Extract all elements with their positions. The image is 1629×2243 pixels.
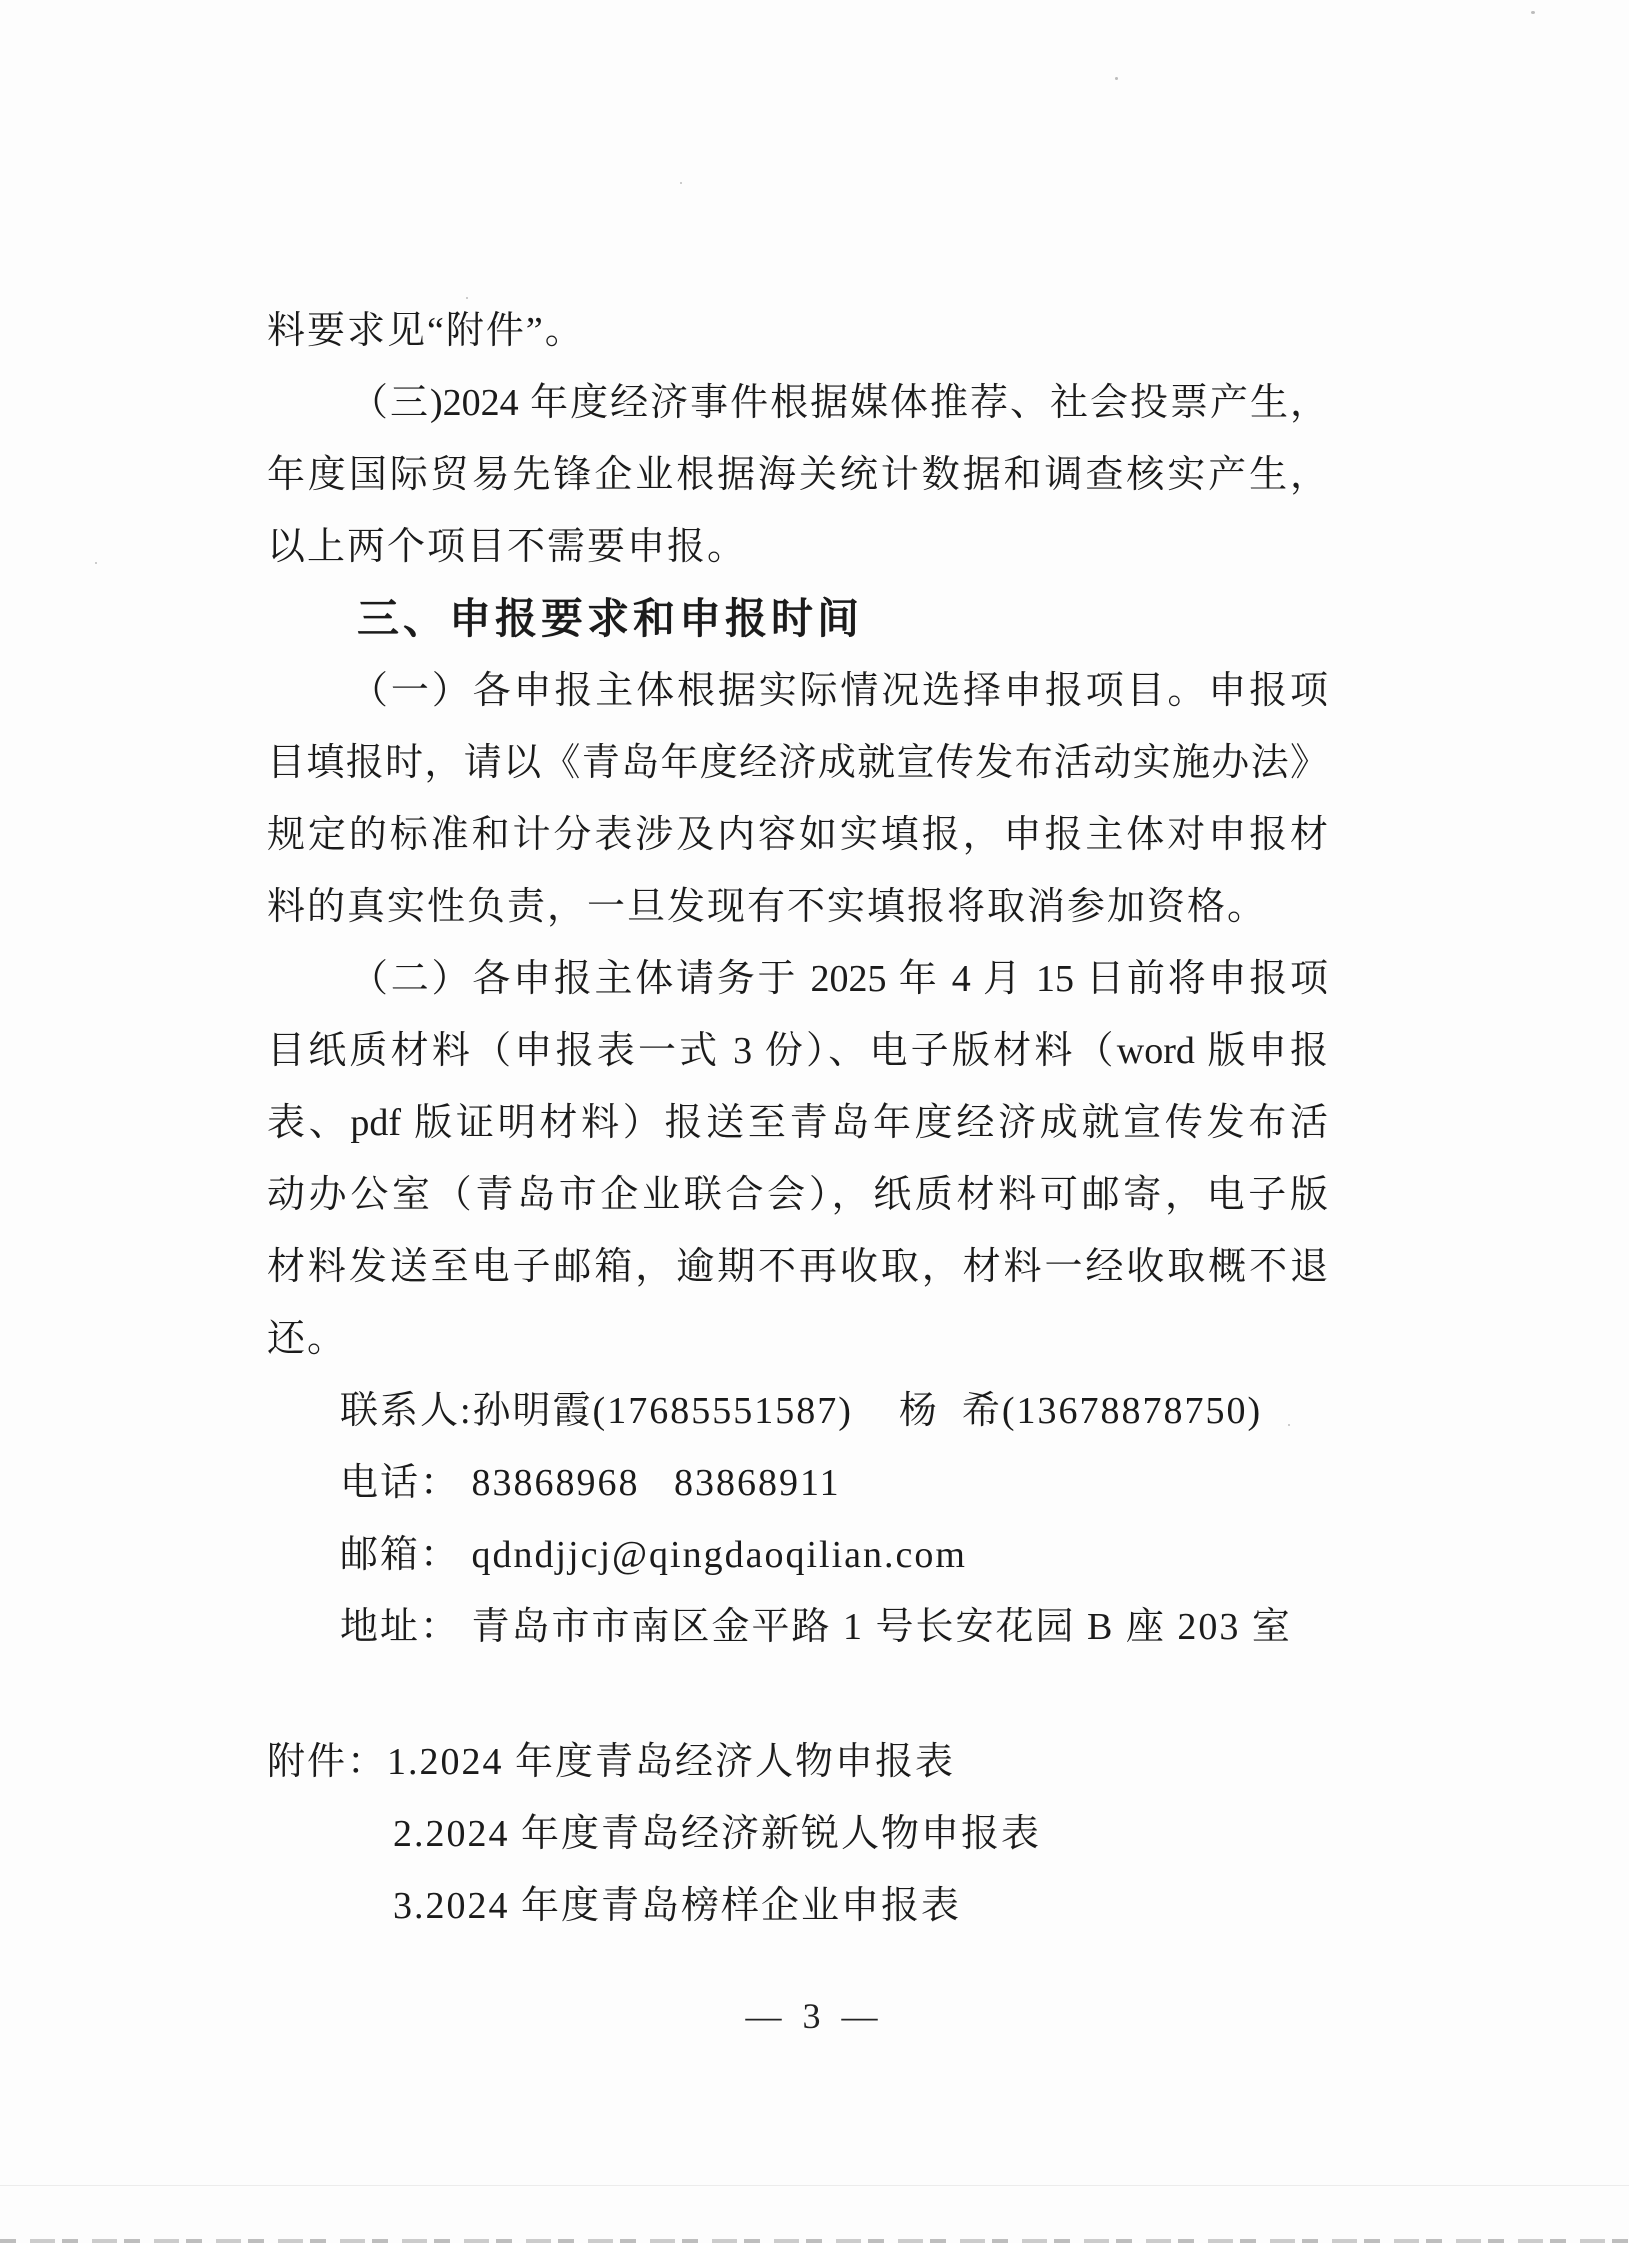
text-column: 料要求见“附件”。 （三)2024 年度经济事件根据媒体推荐、社会投票产生， 年… (267, 295, 1328, 1942)
scan-speck (466, 297, 468, 299)
attachment-item: 2.2024 年度青岛经济新锐人物申报表 (267, 1798, 1328, 1870)
address-line: 地址： 青岛市市南区金平路 1 号长安花园 B 座 203 室 (267, 1591, 1328, 1663)
paragraph-line: 表、pdf 版证明材料）报送至青岛年度经济成就宣传发布活 (267, 1087, 1328, 1159)
paragraph-line: （一）各申报主体根据实际情况选择申报项目。申报项 (267, 655, 1328, 727)
paragraph-line: 材料发送至电子邮箱，逾期不再收取，材料一经收取概不退 (267, 1231, 1328, 1303)
contact-person-line: 联系人:孙明霞(17685551587) 杨 希(13678878750) (267, 1375, 1328, 1447)
page-number: — 3 — (0, 1980, 1629, 2052)
paragraph-line: 料的真实性负责，一旦发现有不实填报将取消参加资格。 (267, 871, 1328, 943)
scanned-document-page: 料要求见“附件”。 （三)2024 年度经济事件根据媒体推荐、社会投票产生， 年… (0, 0, 1629, 2243)
paragraph-line: （三)2024 年度经济事件根据媒体推荐、社会投票产生， (267, 367, 1328, 439)
paragraph-line: 动办公室（青岛市企业联合会），纸质材料可邮寄，电子版 (267, 1159, 1328, 1231)
scan-speck (680, 182, 682, 184)
scan-edge-noise (0, 2239, 1629, 2243)
scan-speck (1288, 1424, 1290, 1426)
scan-speck (1531, 11, 1535, 14)
attachment-item: 附件：1.2024 年度青岛经济人物申报表 (267, 1726, 1328, 1798)
section-gap (267, 1663, 1328, 1726)
scan-speck (95, 562, 97, 564)
paragraph-line: 年度国际贸易先锋企业根据海关统计数据和调查核实产生， (267, 439, 1328, 511)
paragraph-line: 规定的标准和计分表涉及内容如实填报，申报主体对申报材 (267, 799, 1328, 871)
paragraph-line: 还。 (267, 1303, 1328, 1375)
paragraph-line: （二）各申报主体请务于 2025 年 4 月 15 日前将申报项 (267, 943, 1328, 1015)
phone-line: 电话： 83868968 83868911 (267, 1447, 1328, 1519)
scan-faint-line (0, 2185, 1629, 2186)
attachment-item: 3.2024 年度青岛榜样企业申报表 (267, 1870, 1328, 1942)
paragraph-line: 料要求见“附件”。 (267, 295, 1328, 367)
section-heading: 三、申报要求和申报时间 (267, 583, 1328, 655)
paragraph-line: 目纸质材料（申报表一式 3 份）、电子版材料（word 版申报 (267, 1015, 1328, 1087)
email-line: 邮箱： qdndjjcj@qingdaoqilian.com (267, 1519, 1328, 1591)
paragraph-line: 目填报时，请以《青岛年度经济成就宣传发布活动实施办法》 (267, 727, 1328, 799)
scan-speck (1115, 77, 1118, 80)
paragraph-line: 以上两个项目不需要申报。 (267, 511, 1328, 583)
